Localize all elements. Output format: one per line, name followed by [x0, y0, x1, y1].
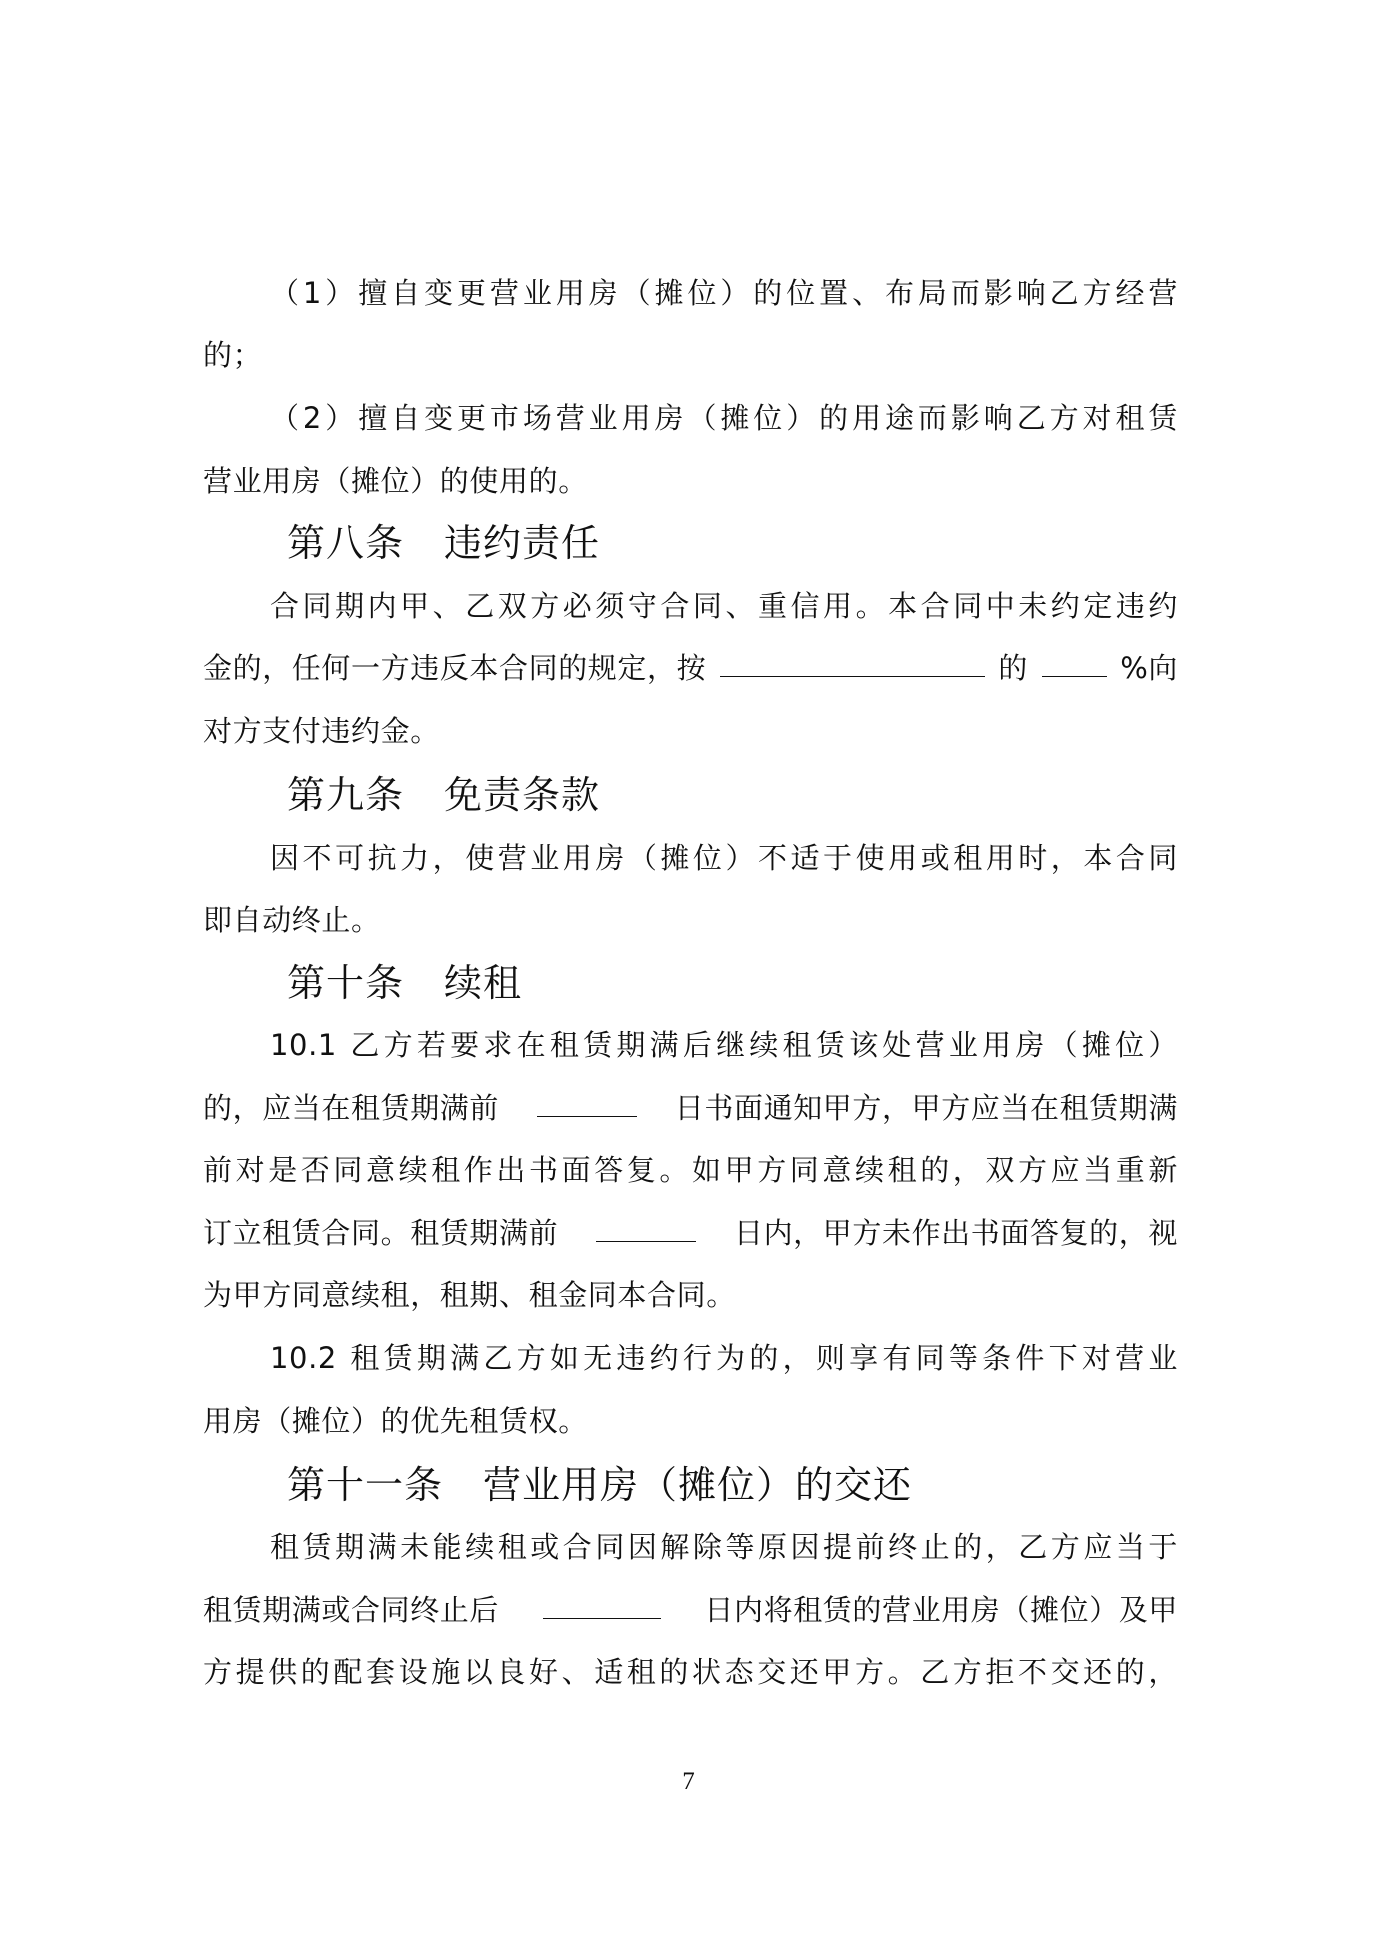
paragraph-line: 为甲方同意续租，租期、租金同本合同。	[203, 1273, 1178, 1317]
article-heading-8: 第八条违约责任	[287, 517, 600, 569]
paragraph-line: 10.2 租赁期满乙方如无违约行为的，则享有同等条件下对营业	[270, 1336, 1178, 1380]
paragraph-line: 合同期内甲、乙双方必须守合同、重信用。本合同中未约定违约	[270, 584, 1178, 628]
paragraph-line: （1）擅自变更营业用房（摊位）的位置、布局而影响乙方经营	[270, 271, 1178, 315]
text-segment: 金的，任何一方违反本合同的规定，按	[203, 646, 706, 690]
article-heading-9: 第九条免责条款	[287, 769, 600, 821]
paragraph-line-with-blank: 租赁期满或合同终止后 日内将租赁的营业用房（摊位）及甲	[203, 1588, 1178, 1632]
paragraph-line-with-blank: 订立租赁合同。租赁期满前 日内，甲方未作出书面答复的，视	[203, 1211, 1178, 1255]
text-segment: 的，应当在租赁期满前	[203, 1086, 499, 1130]
article-title: 续租	[444, 961, 522, 1005]
fill-in-blank-basis[interactable]	[720, 646, 985, 677]
article-heading-10: 第十条续租	[287, 957, 522, 1009]
paragraph-line: 10.1 乙方若要求在租赁期满后继续租赁该处营业用房（摊位）	[270, 1023, 1178, 1067]
paragraph-line: 因不可抗力，使营业用房（摊位）不适于使用或租用时，本合同	[270, 836, 1178, 880]
fill-in-blank-notice-days[interactable]	[537, 1086, 637, 1117]
article-number: 第十一条	[287, 1463, 443, 1507]
fill-in-blank-percent[interactable]	[1042, 646, 1107, 677]
fill-in-blank-return-days[interactable]	[543, 1588, 661, 1619]
article-number: 第九条	[287, 773, 404, 817]
text-segment: %向	[1120, 646, 1178, 690]
article-number: 第十条	[287, 961, 404, 1005]
article-title: 违约责任	[444, 521, 600, 565]
paragraph-line-with-blank: 的，应当在租赁期满前 日书面通知甲方，甲方应当在租赁期满	[203, 1086, 1178, 1130]
paragraph-line: 的；	[203, 333, 1178, 377]
page-number: 7	[0, 1766, 1377, 1798]
document-page: （1）擅自变更营业用房（摊位）的位置、布局而影响乙方经营 的； （2）擅自变更市…	[0, 0, 1377, 1947]
paragraph-line: 即自动终止。	[203, 898, 1178, 942]
text-segment: 订立租赁合同。租赁期满前	[203, 1211, 558, 1255]
text-segment: 日内，甲方未作出书面答复的，视	[734, 1211, 1178, 1255]
paragraph-line: 前对是否同意续租作出书面答复。如甲方同意续租的，双方应当重新	[203, 1148, 1178, 1192]
article-title: 营业用房（摊位）的交还	[483, 1463, 912, 1507]
paragraph-line: 对方支付违约金。	[203, 709, 1178, 753]
paragraph-line: 用房（摊位）的优先租赁权。	[203, 1399, 1178, 1443]
text-segment: 日书面通知甲方，甲方应当在租赁期满	[675, 1086, 1178, 1130]
paragraph-line: 营业用房（摊位）的使用的。	[203, 459, 1178, 503]
text-segment: 日内将租赁的营业用房（摊位）及甲	[704, 1588, 1178, 1632]
paragraph-line: 租赁期满未能续租或合同因解除等原因提前终止的，乙方应当于	[270, 1525, 1178, 1569]
text-segment: 的	[998, 646, 1028, 690]
paragraph-line-with-blanks: 金的，任何一方违反本合同的规定，按 的 %向	[203, 646, 1178, 690]
article-title: 免责条款	[444, 773, 600, 817]
article-heading-11: 第十一条营业用房（摊位）的交还	[287, 1459, 912, 1511]
text-segment: 租赁期满或合同终止后	[203, 1588, 499, 1632]
paragraph-line: 方提供的配套设施以良好、适租的状态交还甲方。乙方拒不交还的，	[203, 1650, 1178, 1694]
fill-in-blank-reply-days[interactable]	[596, 1211, 696, 1242]
paragraph-line: （2）擅自变更市场营业用房（摊位）的用途而影响乙方对租赁	[270, 396, 1178, 440]
article-number: 第八条	[287, 521, 404, 565]
